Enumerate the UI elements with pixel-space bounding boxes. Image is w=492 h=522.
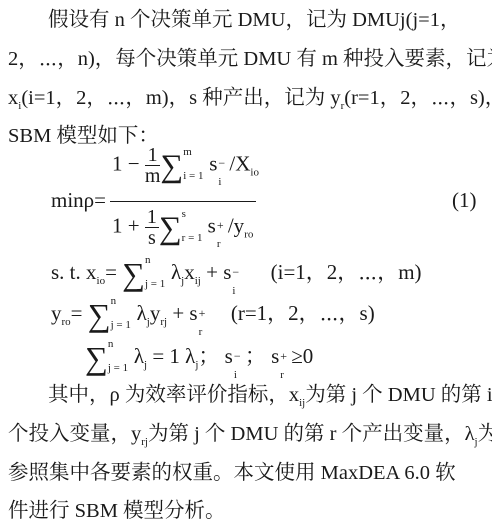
c1-lower: j = 1 xyxy=(145,278,165,290)
c3-sr-sup: + xyxy=(280,349,287,364)
num-div-sub: io xyxy=(250,166,259,178)
explain-2b: 为第 j 个 DMU 的第 r 个产出变量，λ xyxy=(148,423,475,445)
explain-line-2: 个投入变量，yrj为第 j 个 DMU 的第 r 个产出变量，λj为 xyxy=(8,420,484,456)
den-term-sub: r xyxy=(217,238,221,250)
num-sum-upper: m xyxy=(183,146,192,158)
sigma-icon: ∑ xyxy=(159,209,182,245)
explain-2c: 为 xyxy=(478,423,492,445)
c1-limits: nj = 1 xyxy=(145,264,171,284)
num-term-sup: − xyxy=(218,156,225,171)
c1-lambda: λ xyxy=(171,260,181,284)
c1-slack-sup: − xyxy=(232,265,239,280)
den-term-sup: + xyxy=(217,218,224,233)
equation-lhs: minρ= xyxy=(51,188,106,213)
var-x: x xyxy=(8,87,18,109)
c2-upper: n xyxy=(111,295,117,307)
explain-1a: 其中，ρ 为效率评价指标，x xyxy=(48,384,299,406)
c2-slack-sup: + xyxy=(199,306,206,321)
den-frac-bottom: s xyxy=(145,228,159,248)
num-frac-bottom: m xyxy=(145,166,161,186)
c1-slack-sub: i xyxy=(232,285,235,297)
c3-upper: n xyxy=(108,338,114,350)
explain-2-sub: rj xyxy=(141,436,148,448)
intro-line-2: 2，⋯，n)，每个决策单元 DMU 有 m 种投入要素，记为 xyxy=(8,45,484,73)
explain-1b: 为第 j 个 DMU 的第 i xyxy=(305,384,492,406)
c2-limits: nj = 1 xyxy=(111,305,137,325)
c2-slack-sub: r xyxy=(199,326,203,338)
c2-prefix-sub: ro xyxy=(62,316,71,328)
c1-eq: = xyxy=(105,260,117,284)
c2-lambda: λ xyxy=(137,301,147,325)
explain-line-3: 参照集中各要素的权重。本文使用 MaxDEA 6.0 软 xyxy=(8,459,484,487)
intro-line-3: xi(i=1，2，⋯，m)，s 种产出，记为 yr(r=1，2，⋯，s)，则有 xyxy=(8,84,484,120)
c3-lambda: λ xyxy=(134,344,144,368)
c3-si-sup: − xyxy=(234,349,241,364)
c2-y-sub: rj xyxy=(160,316,167,328)
c3-lower: j = 1 xyxy=(108,362,128,374)
den-sum-upper: s xyxy=(182,208,186,220)
sigma-icon: ∑ xyxy=(160,147,183,183)
intro-line-3-text: (i=1，2，⋯，m)，s 种产出，记为 xyxy=(21,87,330,109)
c3-limits: nj = 1 xyxy=(108,348,134,368)
num-small-fraction: 1m xyxy=(145,145,161,186)
c1-upper: n xyxy=(145,254,151,266)
fraction-bar xyxy=(110,201,256,202)
num-frac-top: 1 xyxy=(145,145,161,166)
c1-x: x xyxy=(184,260,195,284)
num-term: s xyxy=(209,151,217,175)
fraction-numerator: 1 − 1m∑mi = 1s−i/Xio xyxy=(112,145,259,186)
den-div-sub: ro xyxy=(244,228,253,240)
den-frac-top: 1 xyxy=(145,207,159,228)
den-term: s xyxy=(208,213,216,237)
c1-x-sub: ij xyxy=(195,275,201,287)
var-y: y xyxy=(330,87,340,109)
c1-prefix-sub: io xyxy=(97,275,106,287)
c3-lambda-sub: j xyxy=(144,359,147,371)
num-term-sub: i xyxy=(218,176,221,188)
c3-si: ； s xyxy=(198,344,232,368)
explain-2a: 个投入变量，y xyxy=(8,423,141,445)
den-sum-lower: r = 1 xyxy=(182,232,203,244)
c2-y: y xyxy=(150,301,161,325)
explain-line-4: 件进行 SBM 模型分析。 xyxy=(8,497,484,522)
num-one: 1 − xyxy=(112,151,140,175)
constraint-lambda: ∑nj = 1λj = 1 λj； s−i； s+r≥0 xyxy=(85,340,313,371)
sigma-icon: ∑ xyxy=(85,340,108,376)
intro-line-1: 假设有 n 个决策单元 DMU，记为 DMUj(j=1， xyxy=(48,6,484,34)
c3-sr: ； s xyxy=(245,344,279,368)
num-sum-lower: i = 1 xyxy=(183,170,203,182)
c2-range: (r=1，2，⋯，s) xyxy=(231,301,375,325)
den-div: /y xyxy=(228,213,244,237)
num-div: /X xyxy=(229,151,250,175)
den-sum-limits: sr = 1 xyxy=(182,218,208,238)
sigma-icon: ∑ xyxy=(122,256,145,292)
den-small-fraction: 1s xyxy=(145,207,159,248)
constraint-output: yro= ∑nj = 1λjyrj + s+r (r=1，2，⋯，s) xyxy=(51,297,375,328)
intro-line-3-suffix: (r=1，2，⋯，s)，则有 xyxy=(344,87,492,109)
constraint-input: s. t. xio= ∑nj = 1λjxij + s−i (i=1，2，⋯，m… xyxy=(51,256,422,287)
sigma-icon: ∑ xyxy=(88,297,111,333)
c2-eq: = xyxy=(71,301,83,325)
num-sum-limits: mi = 1 xyxy=(183,156,209,176)
c3-geq-zero: ≥0 xyxy=(291,344,313,368)
c1-plus: + s xyxy=(206,260,231,284)
c3-sr-sub: r xyxy=(280,369,284,381)
fraction-denominator: 1 + 1s∑sr = 1s+r/yro xyxy=(112,207,253,248)
explain-line-1: 其中，ρ 为效率评价指标，xij为第 j 个 DMU 的第 i xyxy=(48,381,484,417)
c1-prefix: s. t. x xyxy=(51,260,97,284)
den-one: 1 + xyxy=(112,213,140,237)
c2-prefix: y xyxy=(51,301,62,325)
equation-number: (1) xyxy=(452,188,477,213)
c1-range: (i=1，2，⋯，m) xyxy=(271,260,422,284)
c3-eq-one: = 1 λ xyxy=(152,344,195,368)
c2-plus: + s xyxy=(172,301,197,325)
c3-si-sub: i xyxy=(234,369,237,381)
c2-lower: j = 1 xyxy=(111,319,131,331)
